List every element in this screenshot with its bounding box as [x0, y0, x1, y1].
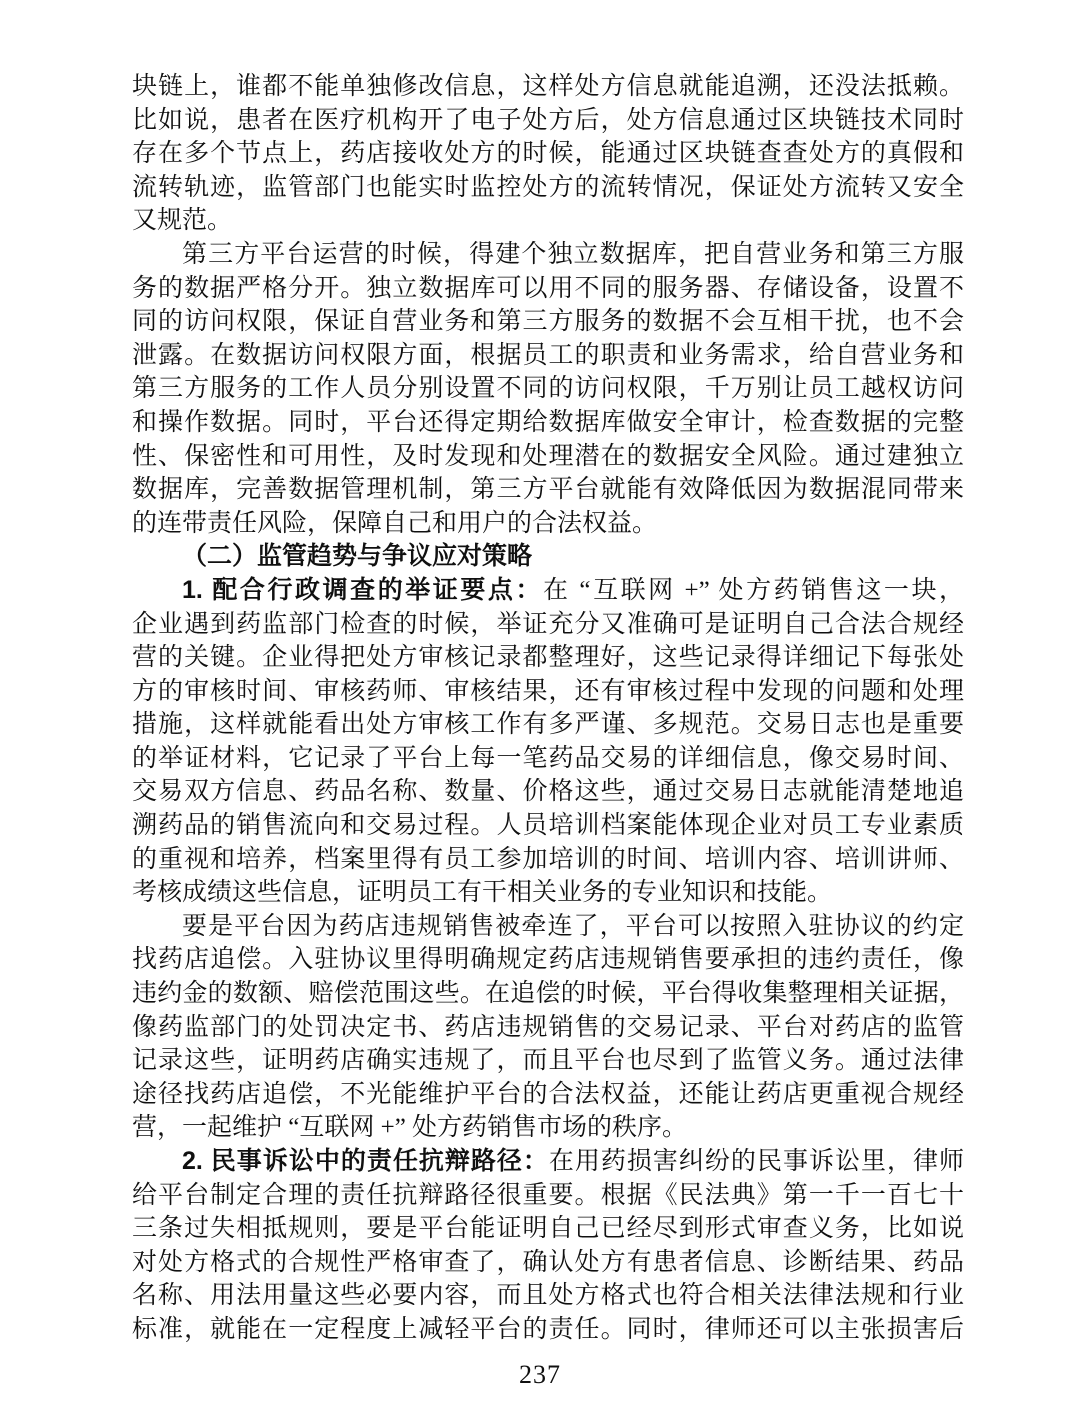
- document-body: 块链上，谁都不能单独修改信息，这样处方信息就能追溯，还没法抵赖。比如说，患者在医…: [132, 70, 964, 1347]
- text-segment: 违约金的数额、赔偿范围这些。在追偿的时候，平台得收集整理相关证据，: [132, 980, 964, 1007]
- text-segment: 数据库，完善数据管理机制，第三方平台就能有效降低因为数据混同带来: [132, 476, 964, 503]
- text-segment: 记录这些，证明药店确实违规了，而且平台也尽到了监管义务。通过法律: [132, 1047, 964, 1074]
- text-segment: 在用药损害纠纷的民事诉讼里，律师: [549, 1148, 964, 1175]
- text-line: 1. 配合行政调查的举证要点：在 “互联网 +” 处方药销售这一块，: [132, 574, 964, 608]
- text-segment: 三条过失相抵规则，要是平台能证明自己已经尽到形式审查义务，比如说: [132, 1215, 964, 1242]
- text-line: 违约金的数额、赔偿范围这些。在追偿的时候，平台得收集整理相关证据，: [132, 977, 964, 1011]
- document-page: 块链上，谁都不能单独修改信息，这样处方信息就能追溯，还没法抵赖。比如说，患者在医…: [0, 0, 1080, 1424]
- text-line: 存在多个节点上，药店接收处方的时候，能通过区块链查查处方的真假和: [132, 137, 964, 171]
- text-line: 泄露。在数据访问权限方面，根据员工的职责和业务需求，给自营业务和: [132, 339, 964, 373]
- text-segment: 方的审核时间、审核药师、审核结果，还有审核过程中发现的问题和处理: [132, 678, 964, 705]
- text-line: 名称、用法用量这些必要内容，而且处方格式也符合相关法律法规和行业: [132, 1279, 964, 1313]
- text-segment: 比如说，患者在医疗机构开了电子处方后，处方信息通过区块链技术同时: [132, 107, 964, 134]
- paragraph: 要是平台因为药店违规销售被牵连了，平台可以按照入驻协议的约定找药店追偿。入驻协议…: [132, 910, 964, 1145]
- text-line: 的举证材料，它记录了平台上每一笔药品交易的详细信息，像交易时间、: [132, 742, 964, 776]
- text-line: 营的关键。企业得把处方审核记录都整理好，这些记录得详细记下每张处: [132, 641, 964, 675]
- text-line: 交易双方信息、药品名称、数量、价格这些，通过交易日志就能清楚地追: [132, 775, 964, 809]
- text-segment: 像药监部门的处罚决定书、药店违规销售的交易记录、平台对药店的监管: [132, 1014, 964, 1041]
- text-segment: 对处方格式的合规性严格审查了，确认处方有患者信息、诊断结果、药品: [132, 1249, 964, 1276]
- section-heading: （二）监管趋势与争议应对策略: [132, 540, 964, 574]
- text-line: 的连带责任风险，保障自己和用户的合法权益。: [132, 507, 964, 541]
- text-line: 途径找药店追偿，不光能维护平台的合法权益，还能让药店更重视合规经: [132, 1078, 964, 1112]
- text-line: 考核成绩这些信息，证明员工有干相关业务的专业知识和技能。: [132, 876, 964, 910]
- text-line: 流转轨迹，监管部门也能实时监控处方的流转情况，保证处方流转又安全: [132, 171, 964, 205]
- text-line: 措施，这样就能看出处方审核工作有多严谨、多规范。交易日志也是重要: [132, 708, 964, 742]
- text-line: 比如说，患者在医疗机构开了电子处方后，处方信息通过区块链技术同时: [132, 104, 964, 138]
- text-segment: 交易双方信息、药品名称、数量、价格这些，通过交易日志就能清楚地追: [132, 778, 964, 805]
- bold-text-segment: （二）监管趋势与争议应对策略: [182, 542, 532, 570]
- text-segment: 务的数据严格分开。独立数据库可以用不同的服务器、存储设备，设置不: [132, 275, 964, 302]
- paragraph: 第三方平台运营的时候，得建个独立数据库，把自营业务和第三方服务的数据严格分开。独…: [132, 238, 964, 540]
- text-line: 块链上，谁都不能单独修改信息，这样处方信息就能追溯，还没法抵赖。: [132, 70, 964, 104]
- text-line: 务的数据严格分开。独立数据库可以用不同的服务器、存储设备，设置不: [132, 272, 964, 306]
- text-line: 同的访问权限，保证自营业务和第三方服务的数据不会互相干扰，也不会: [132, 305, 964, 339]
- text-segment: 考核成绩这些信息，证明员工有干相关业务的专业知识和技能。: [132, 879, 832, 906]
- text-segment: 第三方平台运营的时候，得建个独立数据库，把自营业务和第三方服: [182, 241, 964, 268]
- text-line: 溯药品的销售流向和交易过程。人员培训档案能体现企业对员工专业素质: [132, 809, 964, 843]
- text-segment: 给平台制定合理的责任抗辩路径很重要。根据《民法典》第一千一百七十: [132, 1182, 964, 1209]
- text-segment: 营的关键。企业得把处方审核记录都整理好，这些记录得详细记下每张处: [132, 644, 964, 671]
- text-segment: 和操作数据。同时，平台还得定期给数据库做安全审计，检查数据的完整: [132, 409, 964, 436]
- text-line: 2. 民事诉讼中的责任抗辩路径：在用药损害纠纷的民事诉讼里，律师: [132, 1145, 964, 1179]
- text-segment: 又规范。: [132, 207, 232, 234]
- text-line: 的重视和培养，档案里得有员工参加培训的时间、培训内容、培训讲师、: [132, 843, 964, 877]
- text-line: 方的审核时间、审核药师、审核结果，还有审核过程中发现的问题和处理: [132, 675, 964, 709]
- text-line: 和操作数据。同时，平台还得定期给数据库做安全审计，检查数据的完整: [132, 406, 964, 440]
- text-segment: 块链上，谁都不能单独修改信息，这样处方信息就能追溯，还没法抵赖。: [132, 73, 964, 100]
- text-segment: 在 “互联网 +” 处方药销售这一块，: [543, 577, 964, 604]
- text-segment: 流转轨迹，监管部门也能实时监控处方的流转情况，保证处方流转又安全: [132, 174, 964, 201]
- text-segment: 措施，这样就能看出处方审核工作有多严谨、多规范。交易日志也是重要: [132, 711, 964, 738]
- text-segment: 泄露。在数据访问权限方面，根据员工的职责和业务需求，给自营业务和: [132, 342, 964, 369]
- text-line: 又规范。: [132, 204, 964, 238]
- text-line: 像药监部门的处罚决定书、药店违规销售的交易记录、平台对药店的监管: [132, 1011, 964, 1045]
- bold-text-segment: 1. 配合行政调查的举证要点：: [182, 576, 543, 604]
- paragraph: 1. 配合行政调查的举证要点：在 “互联网 +” 处方药销售这一块，企业遇到药监…: [132, 574, 964, 910]
- text-segment: 第三方服务的工作人员分别设置不同的访问权限，千万别让员工越权访问: [132, 375, 964, 402]
- text-line: 对处方格式的合规性严格审查了，确认处方有患者信息、诊断结果、药品: [132, 1246, 964, 1280]
- paragraph: 2. 民事诉讼中的责任抗辩路径：在用药损害纠纷的民事诉讼里，律师给平台制定合理的…: [132, 1145, 964, 1347]
- text-segment: 的重视和培养，档案里得有员工参加培训的时间、培训内容、培训讲师、: [132, 846, 964, 873]
- text-segment: 要是平台因为药店违规销售被牵连了，平台可以按照入驻协议的约定: [182, 913, 964, 940]
- text-segment: 名称、用法用量这些必要内容，而且处方格式也符合相关法律法规和行业: [132, 1282, 964, 1309]
- text-line: 第三方服务的工作人员分别设置不同的访问权限，千万别让员工越权访问: [132, 372, 964, 406]
- text-line: 找药店追偿。入驻协议里得明确规定药店违规销售要承担的违约责任，像: [132, 943, 964, 977]
- text-segment: 同的访问权限，保证自营业务和第三方服务的数据不会互相干扰，也不会: [132, 308, 964, 335]
- text-line: 第三方平台运营的时候，得建个独立数据库，把自营业务和第三方服: [132, 238, 964, 272]
- text-line: 要是平台因为药店违规销售被牵连了，平台可以按照入驻协议的约定: [132, 910, 964, 944]
- text-segment: 的连带责任风险，保障自己和用户的合法权益。: [132, 510, 657, 537]
- paragraph: 块链上，谁都不能单独修改信息，这样处方信息就能追溯，还没法抵赖。比如说，患者在医…: [132, 70, 964, 238]
- text-segment: 的举证材料，它记录了平台上每一笔药品交易的详细信息，像交易时间、: [132, 745, 964, 772]
- text-line: 企业遇到药监部门检查的时候，举证充分又准确可是证明自己合法合规经: [132, 608, 964, 642]
- text-line: 性、保密性和可用性，及时发现和处理潜在的数据安全风险。通过建独立: [132, 440, 964, 474]
- page-number: 237: [0, 1360, 1080, 1390]
- text-line: 数据库，完善数据管理机制，第三方平台就能有效降低因为数据混同带来: [132, 473, 964, 507]
- text-segment: 企业遇到药监部门检查的时候，举证充分又准确可是证明自己合法合规经: [132, 611, 964, 638]
- text-segment: 性、保密性和可用性，及时发现和处理潜在的数据安全风险。通过建独立: [132, 443, 964, 470]
- text-segment: 找药店追偿。入驻协议里得明确规定药店违规销售要承担的违约责任，像: [132, 946, 964, 973]
- text-segment: 营，一起维护 “互联网 +” 处方药销售市场的秩序。: [132, 1114, 687, 1141]
- section-heading-paragraph: （二）监管趋势与争议应对策略: [132, 540, 964, 574]
- text-segment: 标准，就能在一定程度上减轻平台的责任。同时，律师还可以主张损害后: [132, 1316, 964, 1343]
- text-line: 给平台制定合理的责任抗辩路径很重要。根据《民法典》第一千一百七十: [132, 1179, 964, 1213]
- bold-text-segment: 2. 民事诉讼中的责任抗辩路径：: [182, 1147, 549, 1175]
- text-line: 三条过失相抵规则，要是平台能证明自己已经尽到形式审查义务，比如说: [132, 1212, 964, 1246]
- text-line: 标准，就能在一定程度上减轻平台的责任。同时，律师还可以主张损害后: [132, 1313, 964, 1347]
- text-line: 记录这些，证明药店确实违规了，而且平台也尽到了监管义务。通过法律: [132, 1044, 964, 1078]
- text-line: 营，一起维护 “互联网 +” 处方药销售市场的秩序。: [132, 1111, 964, 1145]
- text-segment: 溯药品的销售流向和交易过程。人员培训档案能体现企业对员工专业素质: [132, 812, 964, 839]
- text-segment: 存在多个节点上，药店接收处方的时候，能通过区块链查查处方的真假和: [132, 140, 964, 167]
- text-segment: 途径找药店追偿，不光能维护平台的合法权益，还能让药店更重视合规经: [132, 1081, 964, 1108]
